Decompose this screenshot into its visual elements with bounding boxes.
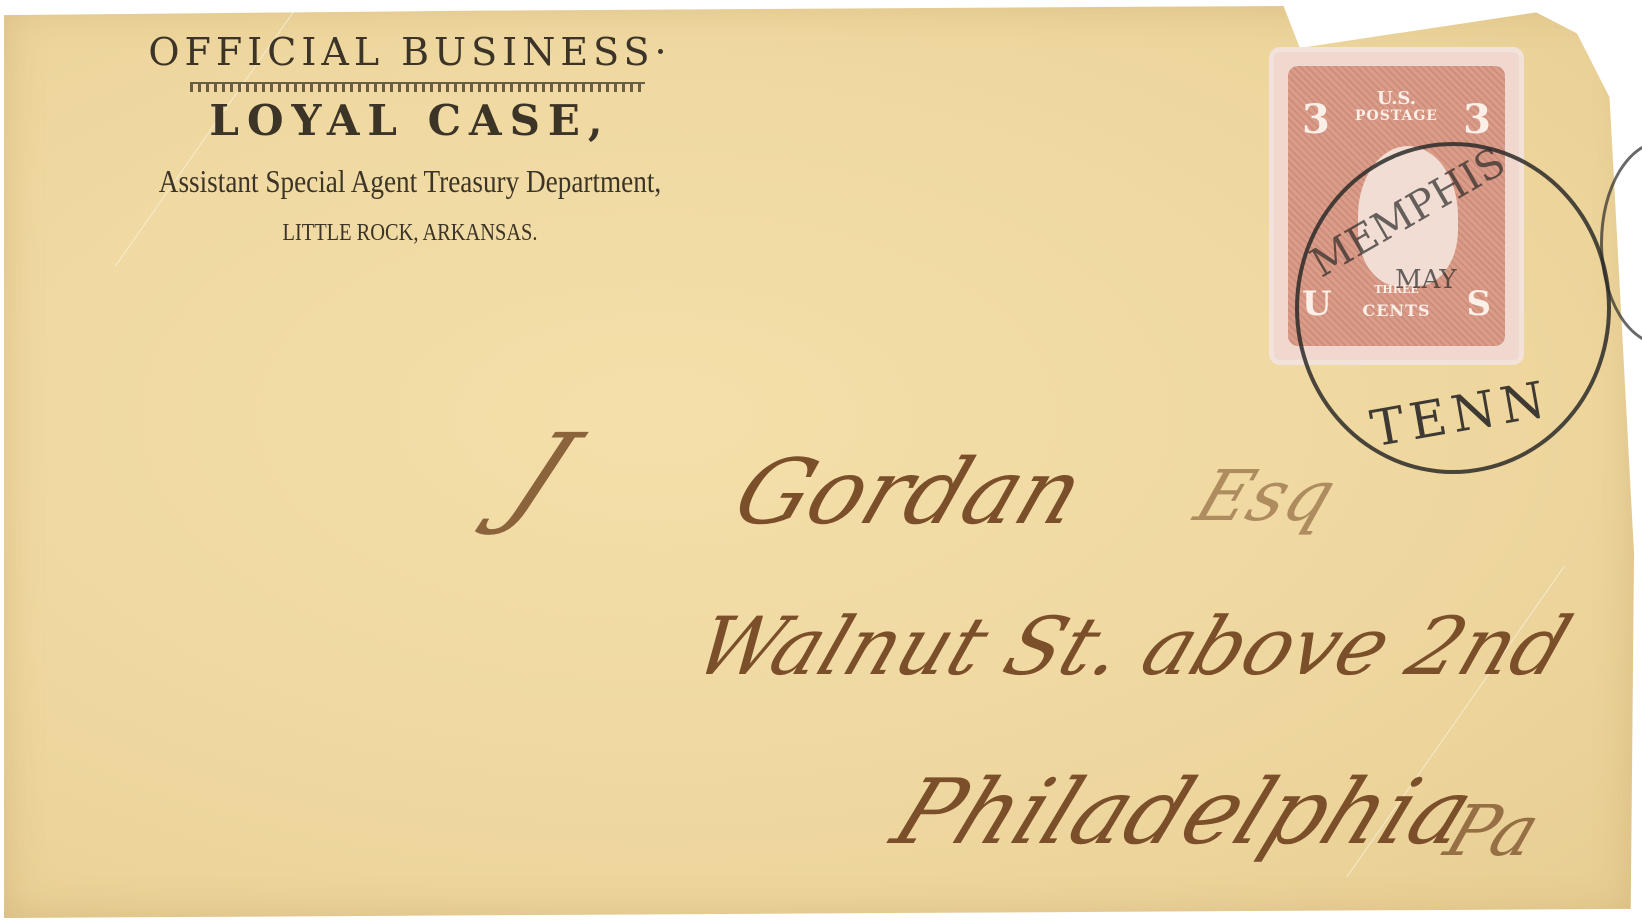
corner-card-name: LOYAL CASE,: [150, 96, 670, 145]
corner-card-title: Assistant Special Agent Treasury Departm…: [87, 163, 733, 200]
decorative-rule: [190, 82, 645, 92]
corner-card-heading: OFFICIAL BUSINESS·: [50, 30, 770, 74]
stamp-denomination-left: 3: [1302, 96, 1330, 143]
stamp-denomination-right: 3: [1463, 96, 1491, 143]
postmark-date: MAY: [1395, 265, 1457, 295]
corner-card-location: LITTLE ROCK, ARKANSAS.: [232, 220, 589, 247]
address-street: Walnut St. above 2nd: [683, 600, 1583, 693]
address-city: Philadelphia: [879, 760, 1489, 865]
address-name: Gordan: [721, 440, 1098, 545]
